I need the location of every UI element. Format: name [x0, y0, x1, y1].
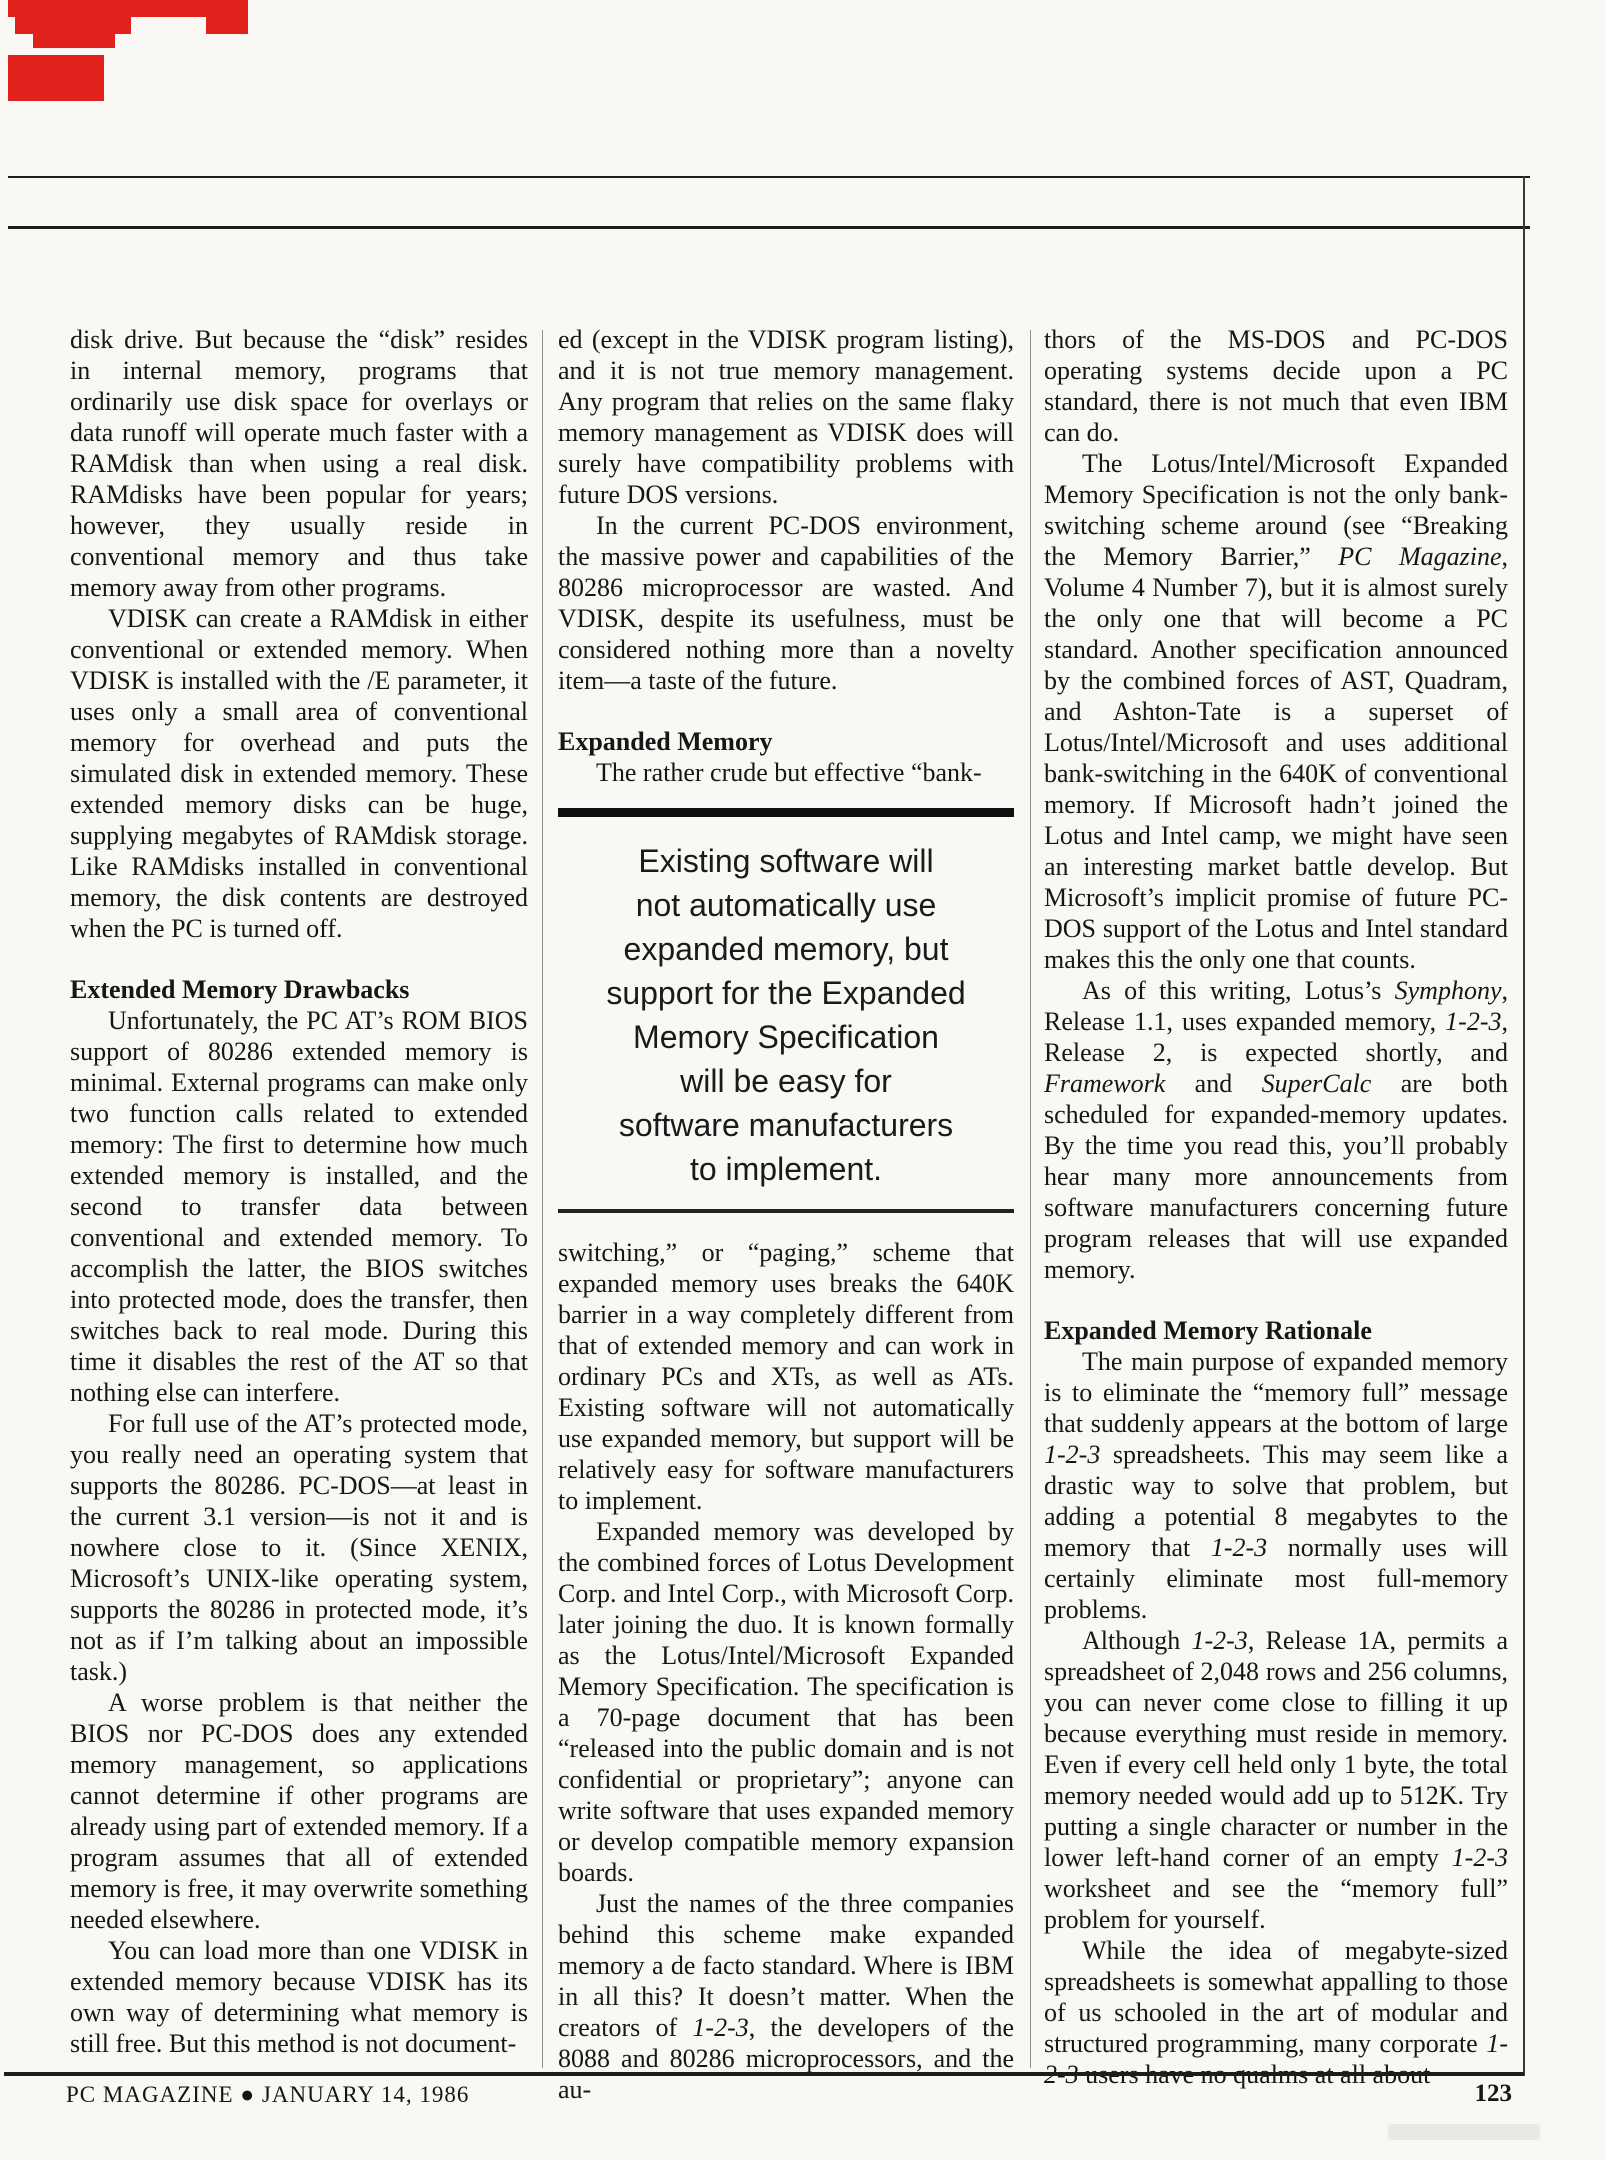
section-heading: Extended Memory Drawbacks — [70, 974, 528, 1005]
pull-quote-line: to implement. — [562, 1147, 1010, 1191]
top-rule-thick — [8, 226, 1530, 229]
body-paragraph: You can load more than one VDISK in exte… — [70, 1935, 528, 2059]
red-mark — [33, 34, 115, 48]
pull-quote-text: Existing software willnot automatically … — [558, 817, 1014, 1209]
red-mark — [206, 0, 248, 34]
red-mark — [8, 0, 210, 17]
pull-quote-line: will be easy for — [562, 1059, 1010, 1103]
pull-quote-bottom-rule — [558, 1209, 1014, 1213]
body-paragraph: The rather crude but effective “bank- — [558, 757, 1014, 788]
column-divider — [1030, 330, 1031, 2068]
column-divider — [542, 330, 543, 2068]
pull-quote-line: Existing software will — [562, 839, 1010, 883]
pull-quote-line: expanded memory, but — [562, 927, 1010, 971]
magazine-page: disk drive. But because the “disk” resid… — [0, 0, 1605, 2160]
body-paragraph: The main purpose of expanded memory is t… — [1044, 1346, 1508, 1625]
body-paragraph: VDISK can create a RAMdisk in either con… — [70, 603, 528, 944]
body-paragraph: ed (except in the VDISK program listing)… — [558, 324, 1014, 510]
body-paragraph: The Lotus/Intel/Microsoft Expanded Memor… — [1044, 448, 1508, 975]
footer-page-number: 123 — [1380, 2080, 1512, 2108]
pull-quote-line: software manufacturers — [562, 1103, 1010, 1147]
text-column-2: ed (except in the VDISK program listing)… — [558, 324, 1014, 2105]
page-edge-line — [1523, 176, 1525, 2076]
body-paragraph: Although 1-2-3, Release 1A, permits a sp… — [1044, 1625, 1508, 1935]
pull-quote-line: support for the Expanded — [562, 971, 1010, 1015]
body-paragraph: While the idea of megabyte-sized spreads… — [1044, 1935, 1508, 2090]
footer-rule — [4, 2072, 1524, 2076]
body-paragraph: In the current PC-DOS environment, the m… — [558, 510, 1014, 696]
scan-smudge — [1388, 2124, 1540, 2140]
body-paragraph: A worse problem is that neither the BIOS… — [70, 1687, 528, 1935]
body-paragraph: switching,” or “paging,” scheme that exp… — [558, 1237, 1014, 1516]
red-mark — [15, 17, 131, 34]
pull-quote: Existing software willnot automatically … — [558, 808, 1014, 1213]
section-heading: Expanded Memory Rationale — [1044, 1315, 1508, 1346]
red-mark — [8, 55, 104, 101]
pull-quote-line: not automatically use — [562, 883, 1010, 927]
body-paragraph: thors of the MS-DOS and PC-DOS operating… — [1044, 324, 1508, 448]
text-column-3: thors of the MS-DOS and PC-DOS operating… — [1044, 324, 1508, 2090]
body-paragraph: Expanded memory was developed by the com… — [558, 1516, 1014, 1888]
body-paragraph: Unfortunately, the PC AT’s ROM BIOS supp… — [70, 1005, 528, 1408]
section-heading: Expanded Memory — [558, 726, 1014, 757]
body-paragraph: disk drive. But because the “disk” resid… — [70, 324, 528, 603]
pull-quote-top-rule — [558, 808, 1014, 817]
text-column-1: disk drive. But because the “disk” resid… — [70, 324, 528, 2059]
pull-quote-line: Memory Specification — [562, 1015, 1010, 1059]
body-paragraph: For full use of the AT’s protected mode,… — [70, 1408, 528, 1687]
top-rule-thin — [8, 176, 1530, 178]
body-paragraph: As of this writing, Lotus’s Symphony, Re… — [1044, 975, 1508, 1285]
footer-magazine-date: PC MAGAZINE ● JANUARY 14, 1986 — [66, 2082, 469, 2108]
